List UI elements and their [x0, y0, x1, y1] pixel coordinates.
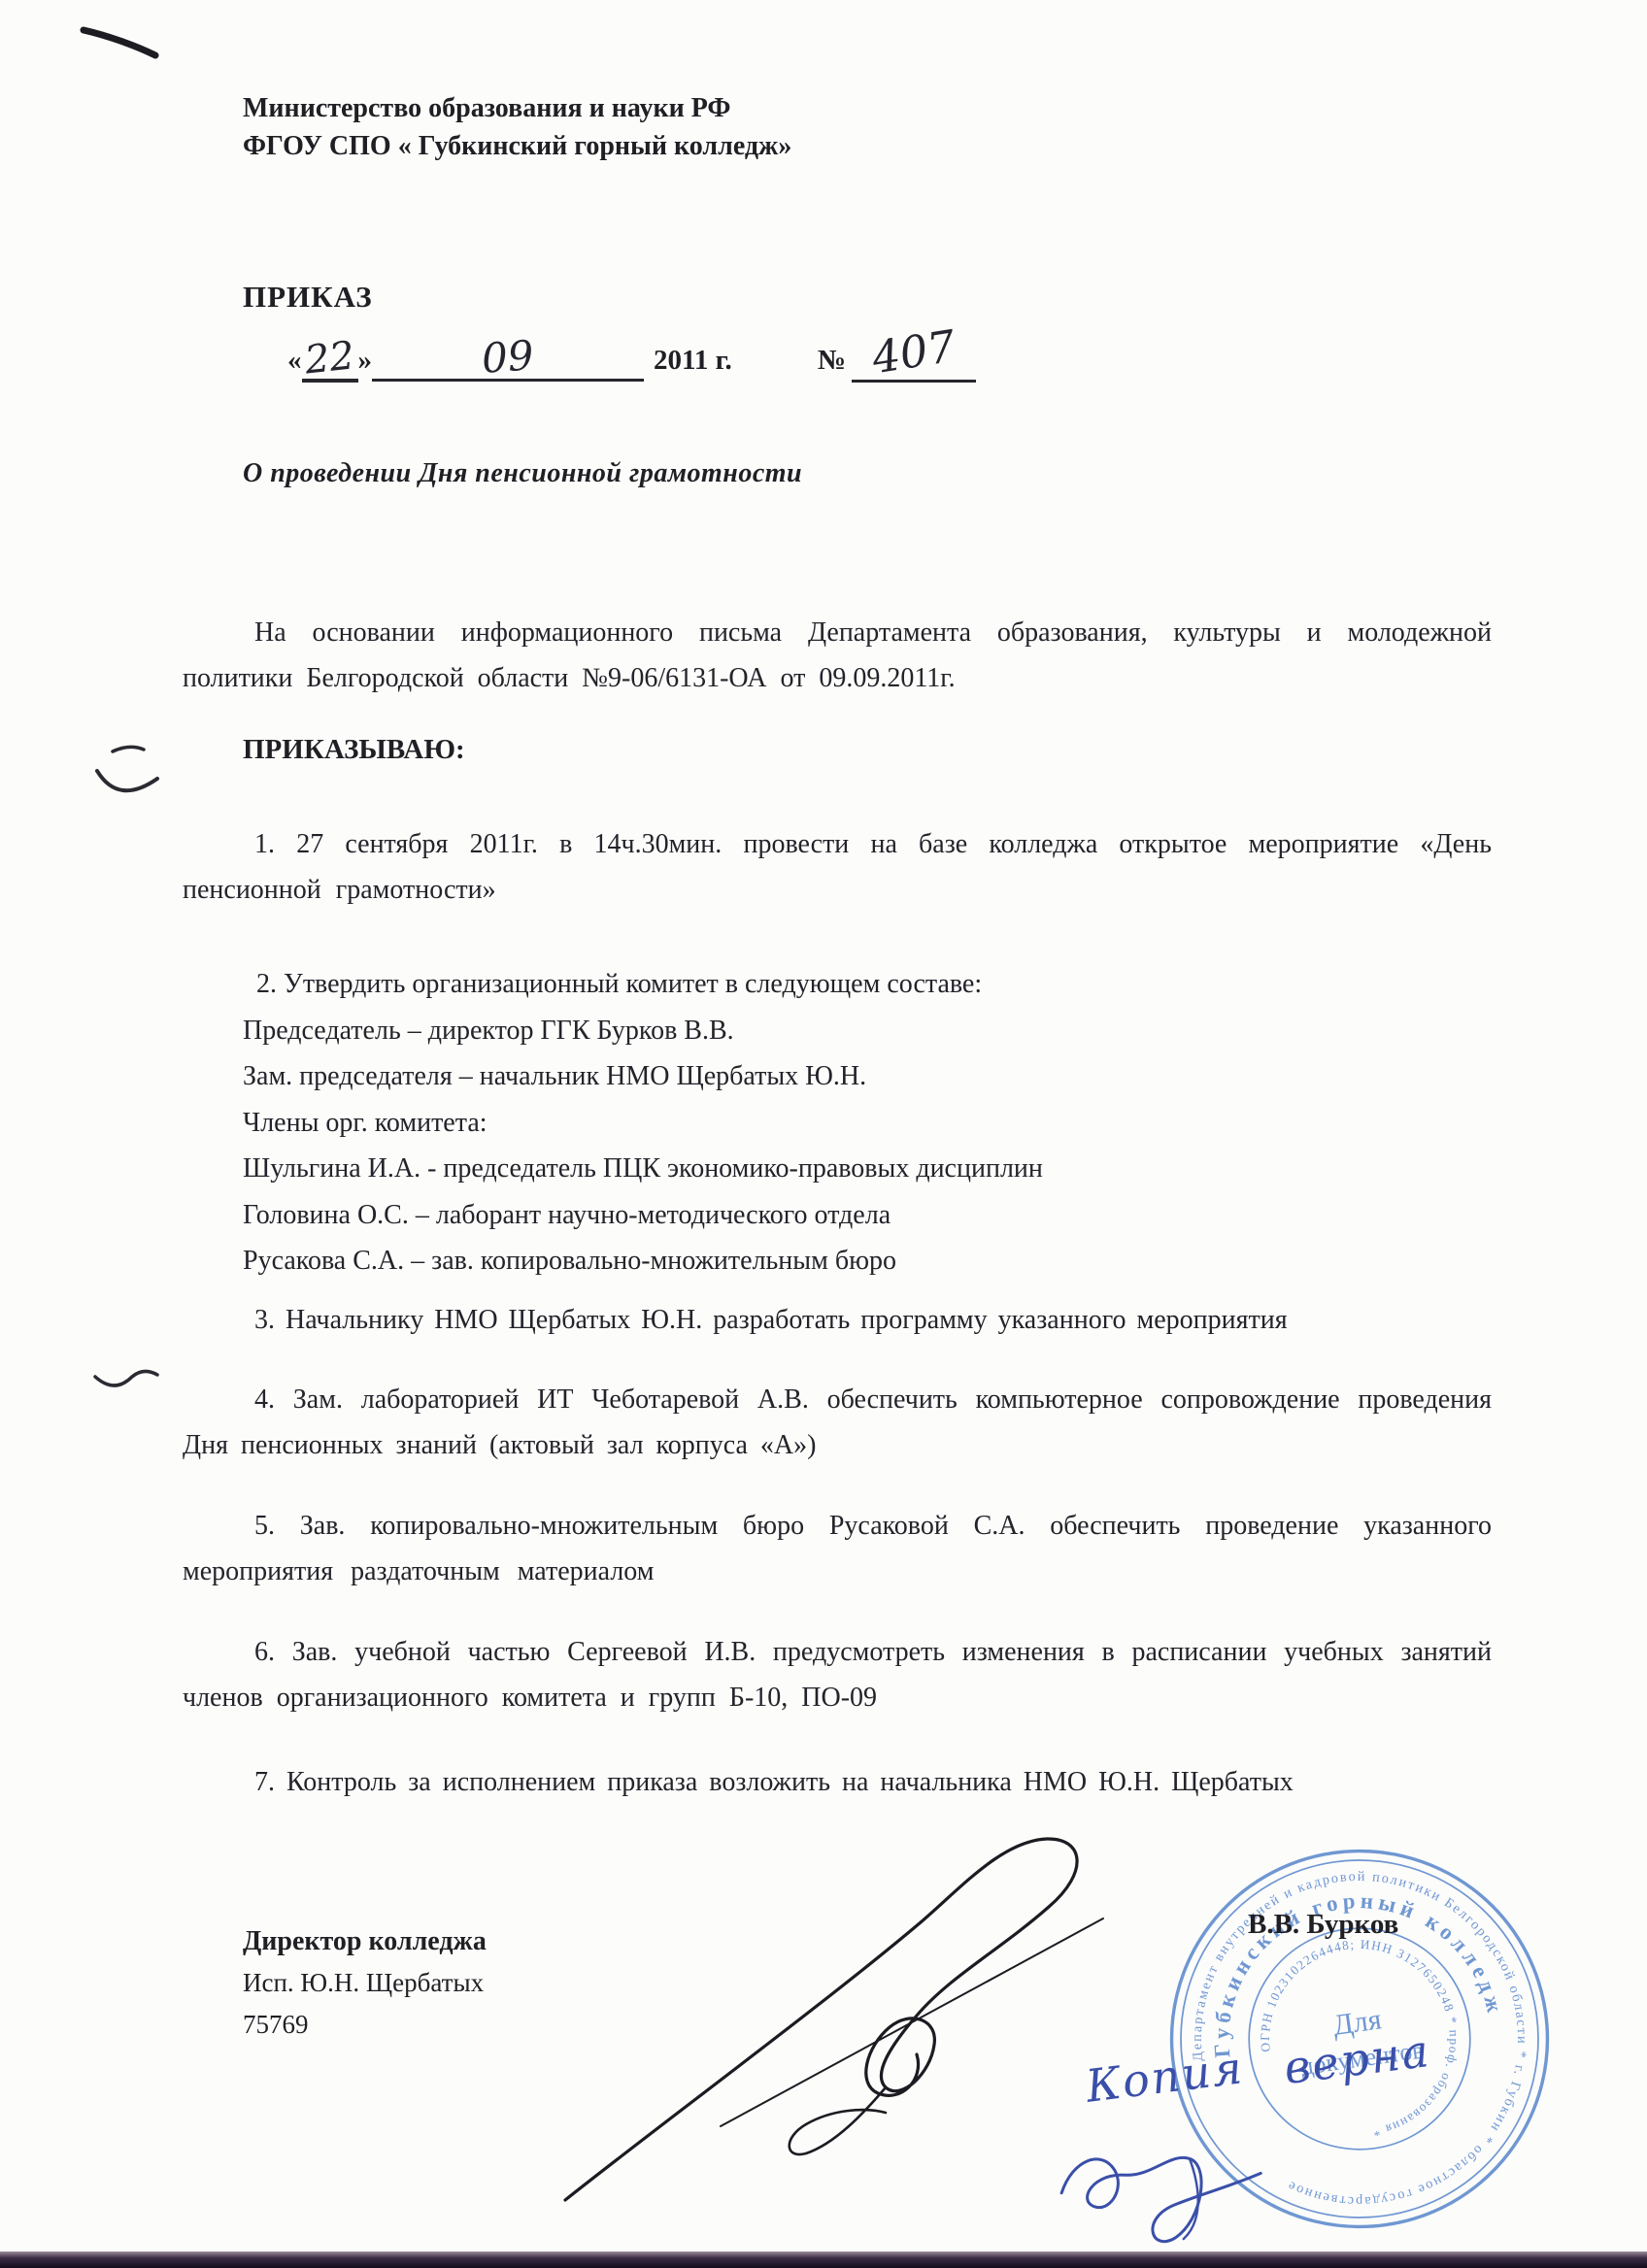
- order-item-3: 3. Начальнику НМО Щербатых Ю.Н. разработ…: [183, 1297, 1492, 1343]
- committee-member-2: Головина О.С. – лаборант научно-методиче…: [243, 1192, 1043, 1239]
- order-number-handwritten: 407: [868, 320, 958, 384]
- date-year: 2011 г.: [654, 345, 732, 376]
- order-item-2: 2. Утвердить организационный комитет в с…: [243, 961, 1043, 1284]
- letterhead-college: ФГОУ СПО « Губкинский горный колледж»: [243, 127, 791, 165]
- committee-chairman: Председатель – директор ГГК Бурков В.В.: [243, 1008, 1043, 1054]
- scan-mark-left-upper: [85, 738, 173, 811]
- pen-mark-top-left: [76, 19, 163, 66]
- order-item-1: 1. 27 сентября 2011г. в 14ч.30мин. прове…: [183, 821, 1492, 913]
- preamble-paragraph: На основании информационного письма Депа…: [183, 610, 1492, 701]
- date-day-handwritten: 22: [303, 333, 356, 383]
- date-close-quote: »: [358, 345, 373, 376]
- order-title: ПРИКАЗ: [243, 280, 373, 315]
- order-item-5: 5. Зав. копировально-множительным бюро Р…: [183, 1503, 1492, 1594]
- scan-bottom-edge: [0, 2251, 1647, 2268]
- scan-mark-left-lower: [89, 1355, 167, 1396]
- order-item-6: 6. Зав. учебной частью Сергеевой И.В. пр…: [183, 1629, 1492, 1720]
- director-signature: [544, 1804, 1117, 2221]
- signer-position: Директор колледжа: [243, 1920, 487, 1962]
- order-number-label: №: [818, 345, 846, 376]
- date-month-handwritten: 09: [481, 331, 536, 383]
- executor-phone: 75769: [243, 2004, 487, 2046]
- certifier-signature: [1042, 2085, 1324, 2259]
- executor-name: Исп. Ю.Н. Щербатых: [243, 1962, 487, 2004]
- committee-member-1: Шульгина И.А. - председатель ПЦК экономи…: [243, 1146, 1043, 1192]
- signature-block: Директор колледжа Исп. Ю.Н. Щербатых 757…: [243, 1920, 487, 2046]
- order-subject: О проведении Дня пенсионной грамотности: [243, 458, 802, 489]
- order-item-2-head: 2. Утвердить организационный комитет в с…: [256, 961, 1043, 1008]
- signer-name: В.В. Бурков: [1248, 1909, 1398, 1941]
- committee-member-3: Русакова С.А. – зав. копировально-множит…: [243, 1238, 1043, 1284]
- date-open-quote: «: [287, 345, 302, 376]
- committee-vice-chairman: Зам. председателя – начальник НМО Щербат…: [243, 1053, 1043, 1100]
- order-dateline: «22»092011 г.№407: [287, 328, 976, 390]
- order-item-4: 4. Зам. лабораторией ИТ Чеботаревой А.В.…: [183, 1377, 1492, 1468]
- letterhead: Министерство образования и науки РФ ФГОУ…: [243, 89, 791, 165]
- decree-word: ПРИКАЗЫВАЮ:: [243, 734, 465, 766]
- committee-members-label: Члены орг. комитета:: [243, 1100, 1043, 1147]
- letterhead-ministry: Министерство образования и науки РФ: [243, 89, 791, 127]
- scanned-document-page: Министерство образования и науки РФ ФГОУ…: [0, 0, 1647, 2268]
- order-item-7: 7. Контроль за исполнением приказа возло…: [183, 1759, 1492, 1805]
